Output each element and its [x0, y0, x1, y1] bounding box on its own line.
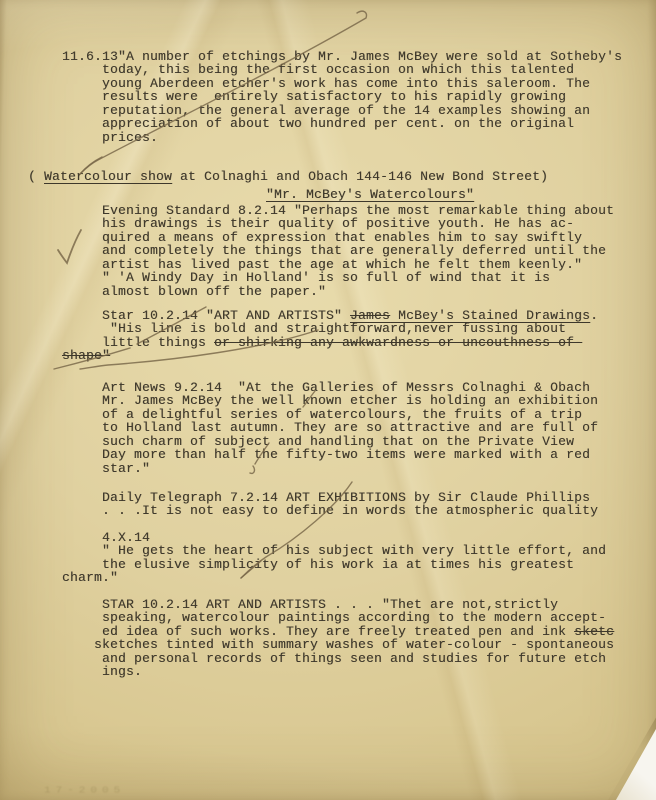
text-line: and completely the things that are gener… — [62, 244, 614, 257]
press-cutting-art-news: Art News 9.2.14 "At the Galleries of Mes… — [62, 381, 598, 475]
text-line: prices. — [62, 131, 622, 144]
text-line: ( Watercolour show at Colnaghi and Obach… — [28, 170, 548, 183]
text-line: Mr. James McBey the well known etcher is… — [62, 394, 598, 407]
text-line: ings. — [62, 665, 614, 678]
text-line: quired a means of expression that enable… — [62, 231, 614, 244]
press-cutting-star: Star 10.2.14 "ART AND ARTISTS" James McB… — [62, 309, 598, 363]
faint-inscription: 17-2005 — [44, 786, 125, 796]
press-cutting-star-second: STAR 10.2.14 ART AND ARTISTS . . . "Thet… — [62, 598, 614, 679]
text-line: " He gets the heart of his subject with … — [62, 544, 606, 557]
text-line: Day more than half the fifty-two items w… — [62, 448, 598, 461]
text-line: sketches tinted with summary washes of w… — [62, 638, 614, 651]
text-line: results were entirely satisfactory to hi… — [62, 90, 622, 103]
text-line: "His line is bold and straightforward,ne… — [62, 322, 598, 335]
text-line: . . .It is not easy to define in words t… — [62, 504, 598, 517]
text-line: today, this being the first occasion on … — [62, 63, 622, 76]
text-line: shape" — [62, 349, 598, 362]
text-line: "Mr. McBey's Watercolours" — [266, 188, 474, 201]
text-line: his drawings is their quality of positiv… — [62, 217, 614, 230]
text-line: 11.6.13"A number of etchings by Mr. Jame… — [62, 50, 622, 63]
text-line: reputation, the general average of the 1… — [62, 104, 622, 117]
text-line: of a delightful series of watercolours, … — [62, 408, 598, 421]
press-cutting-4x14: 4.X.14 " He gets the heart of his subjec… — [62, 531, 606, 585]
text-line: " 'A Windy Day in Holland' is so full of… — [62, 271, 614, 284]
press-cutting-sothebys-1913: 11.6.13"A number of etchings by Mr. Jame… — [62, 50, 622, 144]
watercolours-subheading: "Mr. McBey's Watercolours" — [266, 188, 474, 201]
text-line: STAR 10.2.14 ART AND ARTISTS . . . "Thet… — [62, 598, 614, 611]
text-line: Evening Standard 8.2.14 "Perhaps the mos… — [62, 204, 614, 217]
press-cutting-evening-standard: Evening Standard 8.2.14 "Perhaps the mos… — [62, 204, 614, 298]
text-line: the elusive simplicity of his work ia at… — [62, 558, 606, 571]
text-line: appreciation of about two hundred per ce… — [62, 117, 622, 130]
text-line: to Holland last autumn. They are so attr… — [62, 421, 598, 434]
text-line: Star 10.2.14 "ART AND ARTISTS" James McB… — [62, 309, 598, 322]
text-line: Daily Telegraph 7.2.14 ART EXHIBITIONS b… — [62, 491, 598, 504]
text-line: charm." — [62, 571, 606, 584]
text-line: Art News 9.2.14 "At the Galleries of Mes… — [62, 381, 598, 394]
text-line: ed idea of such works. They are freely t… — [62, 625, 614, 638]
text-line: young Aberdeen etcher's work has come in… — [62, 77, 622, 90]
text-line: artist has lived past the age at which h… — [62, 258, 614, 271]
text-line: and personal records of things seen and … — [62, 652, 614, 665]
text-line: such charm of subject and handling that … — [62, 435, 598, 448]
press-cutting-daily-telegraph: Daily Telegraph 7.2.14 ART EXHIBITIONS b… — [62, 491, 598, 518]
paper-sheet: 11.6.13"A number of etchings by Mr. Jame… — [0, 0, 656, 800]
text-line: star." — [62, 462, 598, 475]
text-line: speaking, watercolour paintings accordin… — [62, 611, 614, 624]
watercolour-show-header: ( Watercolour show at Colnaghi and Obach… — [28, 170, 548, 183]
text-line: almost blown off the paper." — [62, 285, 614, 298]
text-line: little things or shirking any awkwardnes… — [62, 336, 598, 349]
text-line: 4.X.14 — [62, 531, 606, 544]
